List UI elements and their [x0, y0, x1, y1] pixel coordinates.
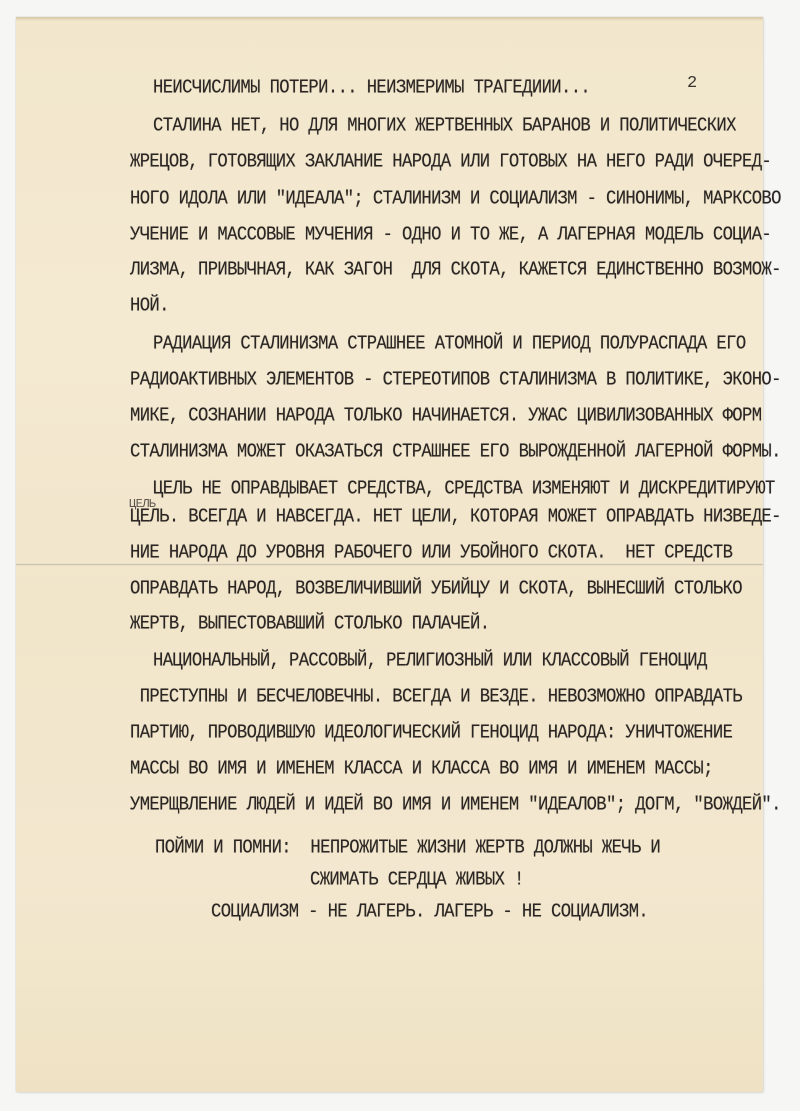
- body-line: ПРЕСТУПНЫ И БЕСЧЕЛОВЕЧНЫ. ВСЕГДА И ВЕЗДЕ…: [130, 687, 742, 708]
- body-line: ЖЕРТВ, ВЫПЕСТОВАВШИЙ СТОЛЬКО ПАЛАЧЕЙ.: [130, 614, 489, 635]
- body-line: НОЙ.: [130, 296, 169, 317]
- body-line: МАССЫ ВО ИМЯ И ИМЕНЕМ КЛАССА И КЛАССА ВО…: [130, 759, 713, 780]
- body-line: СТАЛИНА НЕТ, НО ДЛЯ МНОГИХ ЖЕРТВЕННЫХ БА…: [153, 116, 736, 137]
- body-line: НОГО ИДОЛА ИЛИ "ИДЕАЛА"; СТАЛИНИЗМ И СОЦ…: [130, 189, 781, 210]
- closing-line-1: ПОЙМИ И ПОМНИ: НЕПРОЖИТЫЕ ЖИЗНИ ЖЕРТВ ДО…: [155, 838, 660, 859]
- closing-line-3: СОЦИАЛИЗМ - НЕ ЛАГЕРЬ. ЛАГЕРЬ - НЕ СОЦИА…: [211, 902, 648, 923]
- closing-line-2: СЖИМАТЬ СЕРДЦА ЖИВЫХ !: [310, 870, 524, 891]
- body-line: НЕИСЧИСЛИМЫ ПОТЕРИ... НЕИЗМЕРИМЫ ТРАГЕДИ…: [153, 78, 590, 99]
- body-line: НАЦИОНАЛЬНЫЙ, РАССОВЫЙ, РЕЛИГИОЗНЫЙ ИЛИ …: [153, 651, 707, 672]
- body-line: УМЕРЩВЛЕНИЕ ЛЮДЕЙ И ИДЕЙ ВО ИМЯ И ИМЕНЕМ…: [130, 795, 781, 816]
- body-line: СТАЛИНИЗМА МОЖЕТ ОКАЗАТЬСЯ СТРАШНЕЕ ЕГО …: [130, 442, 781, 463]
- body-line: РАДИАЦИЯ СТАЛИНИЗМА СТРАШНЕЕ АТОМНОЙ И П…: [153, 334, 746, 355]
- typewritten-page: 2 НЕИСЧИСЛИМЫ ПОТЕРИ... НЕИЗМЕРИМЫ ТРАГЕ…: [16, 17, 763, 1092]
- body-line: ПАРТИЮ, ПРОВОДИВШУЮ ИДЕОЛОГИЧЕСКИЙ ГЕНОЦ…: [130, 723, 732, 744]
- body-line: ОПРАВДАТЬ НАРОД, ВОЗВЕЛИЧИВШИЙ УБИЙЦУ И …: [130, 579, 742, 600]
- body-line: ЦЕЛЬ. ВСЕГДА И НАВСЕГДА. НЕТ ЦЕЛИ, КОТОР…: [130, 507, 781, 528]
- body-line: ЖРЕЦОВ, ГОТОВЯЩИХ ЗАКЛАНИЕ НАРОДА ИЛИ ГО…: [130, 152, 771, 173]
- body-line: НИЕ НАРОДА ДО УРОВНЯ РАБОЧЕГО ИЛИ УБОЙНО…: [130, 543, 732, 564]
- body-line: РАДИОАКТИВНЫХ ЭЛЕМЕНТОВ - СТЕРЕОТИПОВ СТ…: [130, 370, 781, 391]
- body-line: ЦЕЛЬ НЕ ОПРАВДЫВАЕТ СРЕДСТВА, СРЕДСТВА И…: [153, 479, 775, 500]
- page-number: 2: [687, 74, 697, 93]
- body-line: ЛИЗМА, ПРИВЫЧНАЯ, КАК ЗАГОН ДЛЯ СКОТА, К…: [130, 260, 781, 281]
- body-line: УЧЕНИЕ И МАССОВЫЕ МУЧЕНИЯ - ОДНО И ТО ЖЕ…: [130, 225, 771, 246]
- body-line: МИКЕ, СОЗНАНИИ НАРОДА ТОЛЬКО НАЧИНАЕТСЯ.…: [130, 406, 761, 427]
